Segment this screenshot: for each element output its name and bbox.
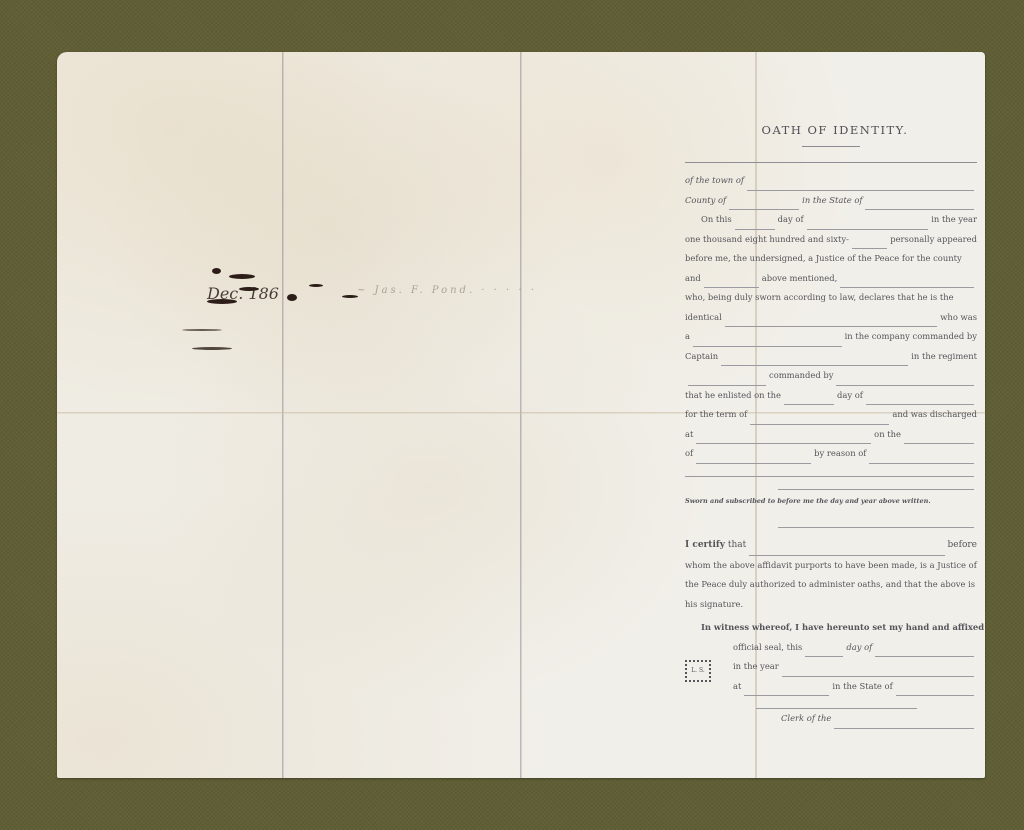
form-row-sworn-note: Sworn and subscribed to before me the da… — [685, 492, 977, 512]
county-name-field[interactable] — [704, 275, 759, 288]
reason-field[interactable] — [869, 451, 974, 464]
captain-field[interactable] — [721, 353, 908, 366]
seal-day-field[interactable] — [805, 644, 843, 657]
text: of — [685, 444, 693, 464]
text: on the — [874, 425, 901, 445]
form-row-certify-3: the Peace duly authorized to administer … — [685, 575, 977, 595]
text: in the year — [733, 657, 779, 677]
text: in the year — [931, 210, 977, 230]
seal-state-field[interactable] — [896, 683, 974, 696]
form-row-rank: a in the company commanded by — [685, 327, 977, 347]
fold-crease — [520, 52, 522, 778]
ink-stroke — [229, 274, 255, 279]
document-page: Dec. 186 ~ Jas. F. Pond. · · · · · OATH … — [57, 52, 985, 778]
town-label: of the town of — [685, 171, 744, 191]
witness-statement: In witness whereof, I have hereunto set … — [701, 618, 985, 638]
form-row-justice-sig — [685, 515, 977, 528]
text: for the term of — [685, 405, 747, 425]
discharge-place-field[interactable] — [696, 431, 871, 444]
certify-justice-field[interactable] — [749, 543, 944, 556]
text: the Peace duly authorized to administer … — [685, 575, 975, 595]
text: before — [948, 536, 977, 556]
handwriting-line: Dec. 186 — [207, 284, 279, 303]
form-row-year: one thousand eight hundred and sixty- pe… — [685, 230, 977, 250]
form-row-identical: identical who was — [685, 308, 977, 328]
form-row-signature — [685, 477, 977, 490]
text: identical — [685, 308, 722, 328]
form-row-seal-day: official seal, this day of — [733, 638, 977, 658]
clerk-court-field[interactable] — [834, 716, 974, 729]
text: that — [728, 536, 746, 556]
text: Captain — [685, 347, 718, 367]
text: in the regiment — [911, 347, 977, 367]
seal-block: L. S. official seal, this day of in the … — [685, 638, 977, 729]
header-rule — [685, 162, 977, 163]
rank-field[interactable] — [693, 334, 842, 347]
form-row-reason-cont — [685, 464, 977, 477]
text: that he enlisted on the — [685, 386, 781, 406]
sworn-statement: Sworn and subscribed to before me the da… — [685, 492, 931, 512]
justice-signature-field[interactable] — [778, 515, 974, 528]
reason-continued-field[interactable] — [685, 464, 974, 477]
state-field[interactable] — [865, 197, 974, 210]
commander-field[interactable] — [836, 373, 974, 386]
text: day of — [837, 386, 863, 406]
form-row-clerk: Clerk of the — [733, 709, 977, 729]
text: above mentioned, — [762, 269, 838, 289]
identical-field[interactable] — [725, 314, 937, 327]
text: official seal, this — [733, 638, 802, 658]
state-label: in the State of — [802, 191, 862, 211]
discharge-year-field[interactable] — [696, 451, 811, 464]
form-row-captain: Captain in the regiment — [685, 347, 977, 367]
text: day of — [846, 638, 872, 658]
text: at — [733, 677, 741, 697]
form-row-discharged-at: at on the — [685, 425, 977, 445]
enlist-day-field[interactable] — [784, 392, 834, 405]
form-row-clerk-sig — [733, 696, 977, 709]
text: On this — [701, 210, 732, 230]
seal-month-field[interactable] — [875, 644, 974, 657]
ink-blot — [287, 294, 297, 301]
text: by reason of — [814, 444, 866, 464]
form-row-witness: In witness whereof, I have hereunto set … — [685, 618, 977, 638]
ink-stroke — [192, 347, 232, 350]
day-field[interactable] — [735, 217, 775, 230]
seal-place-field[interactable] — [744, 683, 829, 696]
discharge-date-field[interactable] — [904, 431, 974, 444]
enlist-month-field[interactable] — [866, 392, 974, 405]
fold-crease — [282, 52, 284, 778]
text: day of — [778, 210, 804, 230]
form-row-date: On this day of in the year — [685, 210, 977, 230]
text: a — [685, 327, 690, 347]
text: one thousand eight hundred and sixty- — [685, 230, 849, 250]
ink-stroke — [309, 284, 323, 287]
ink-blot — [212, 268, 221, 274]
form-row-regiment: commanded by — [685, 366, 977, 386]
form-row-justice: before me, the undersigned, a Justice of… — [685, 249, 977, 269]
ink-stroke — [182, 329, 222, 331]
certify-heading: I certify — [685, 536, 725, 556]
text: who, being duly sworn according to law, … — [685, 288, 954, 308]
county-label: County of — [685, 191, 726, 211]
claimant-field[interactable] — [840, 275, 974, 288]
seal-year-field[interactable] — [782, 664, 974, 677]
text: who was — [940, 308, 977, 328]
town-field[interactable] — [747, 178, 974, 191]
text: whom the above affidavit purports to hav… — [685, 556, 977, 576]
form-row-reason: of by reason of — [685, 444, 977, 464]
form-row-sworn: who, being duly sworn according to law, … — [685, 288, 977, 308]
month-field[interactable] — [807, 217, 929, 230]
term-field[interactable] — [750, 412, 889, 425]
text: and — [685, 269, 701, 289]
clerk-signature-field[interactable] — [756, 696, 917, 709]
text: his signature. — [685, 595, 743, 615]
text: and was discharged — [892, 405, 977, 425]
form-row-certify: I certify that before — [685, 536, 977, 556]
form-row-term: for the term of and was discharged — [685, 405, 977, 425]
form-row-certify-2: whom the above affidavit purports to hav… — [685, 556, 977, 576]
regiment-field[interactable] — [688, 373, 766, 386]
year-field[interactable] — [852, 236, 887, 249]
clerk-label: Clerk of the — [781, 709, 831, 729]
text: at — [685, 425, 693, 445]
ink-stroke — [342, 295, 358, 298]
form-row-and: and above mentioned, — [685, 269, 977, 289]
form-title: OATH OF IDENTITY. — [693, 122, 977, 138]
form-row-seal-year: in the year — [733, 657, 977, 677]
text: commanded by — [769, 366, 833, 386]
form-row-enlisted: that he enlisted on the day of — [685, 386, 977, 406]
oath-form: OATH OF IDENTITY. of the town of County … — [685, 122, 977, 729]
text: before me, the undersigned, a Justice of… — [685, 249, 962, 269]
form-row-town: of the town of — [685, 171, 977, 191]
text: in the company commanded by — [845, 327, 977, 347]
form-row-seal-place: at in the State of — [733, 677, 977, 697]
title-divider — [802, 146, 860, 147]
claimant-signature-field[interactable] — [778, 477, 974, 490]
county-field[interactable] — [729, 197, 799, 210]
form-row-county: County of in the State of — [685, 191, 977, 211]
text: personally appeared — [890, 230, 977, 250]
handwriting-faded: ~ Jas. F. Pond. · · · · · — [357, 285, 537, 296]
seal-box: L. S. — [685, 660, 711, 682]
text: in the State of — [832, 677, 892, 697]
form-row-certify-4: his signature. — [685, 595, 977, 615]
